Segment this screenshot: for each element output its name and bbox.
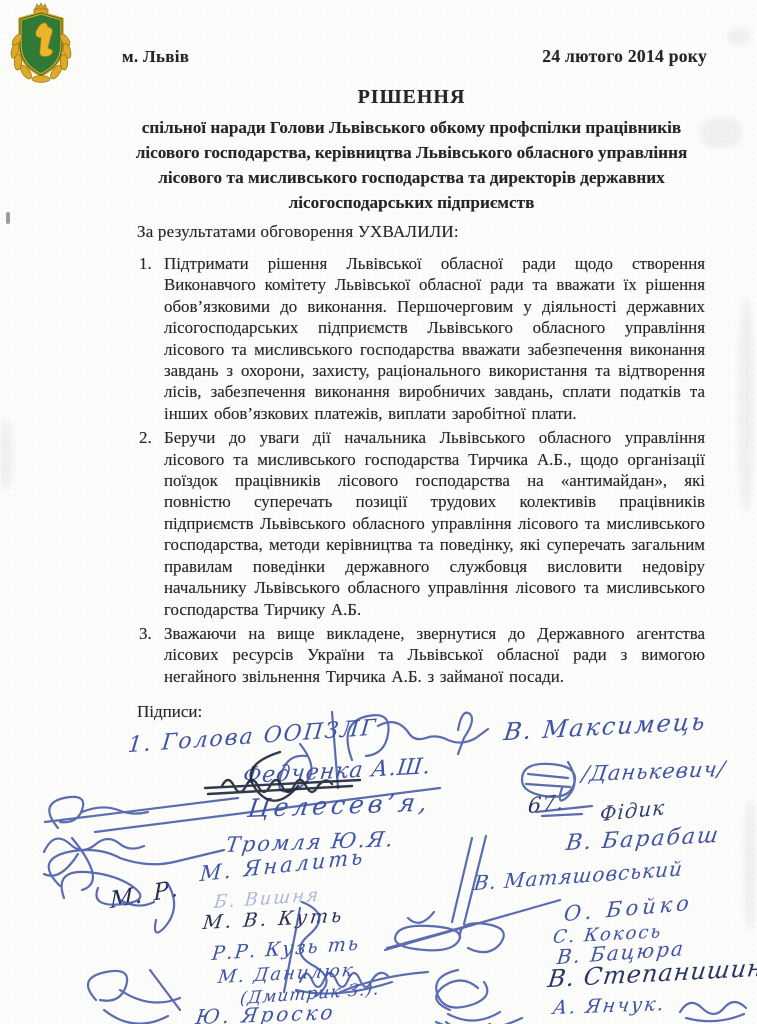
scan-smudge	[738, 300, 754, 510]
signature-scribbles	[0, 0, 757, 1024]
scan-smudge	[0, 420, 13, 490]
scan-artifact	[6, 212, 10, 224]
scan-smudge	[744, 800, 756, 930]
scan-smudge	[728, 28, 750, 46]
scanned-document-page: м. Львів 24 лютого 2014 року РІШЕННЯ спі…	[0, 0, 757, 1024]
scan-smudge	[700, 118, 742, 148]
